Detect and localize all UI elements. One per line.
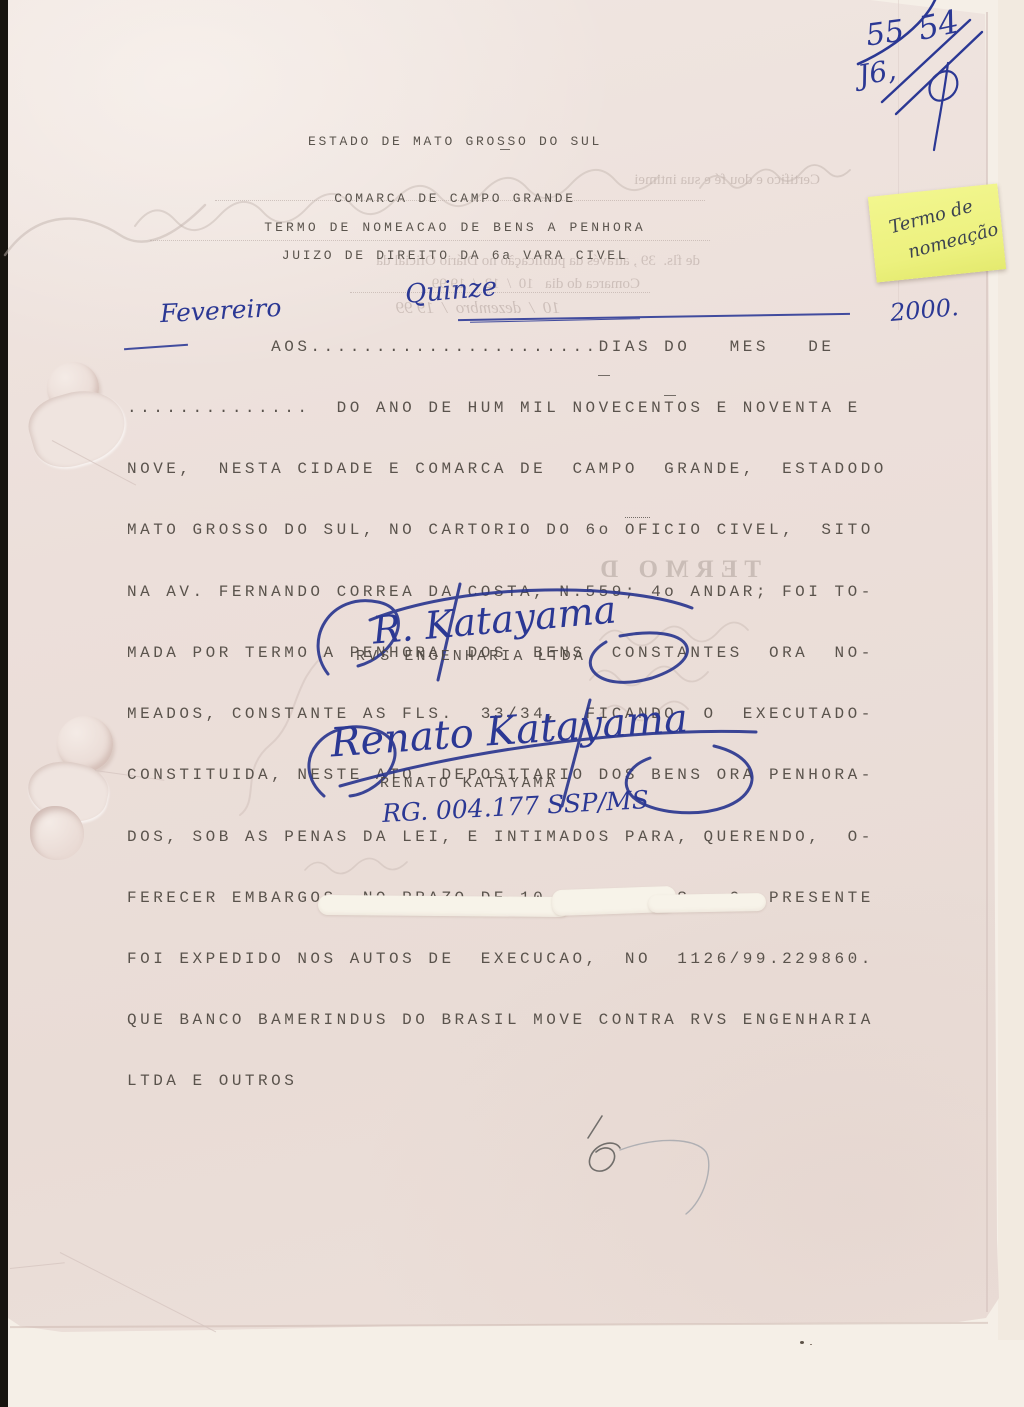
typed-name-renato: RENATO KATAYAMA bbox=[380, 775, 557, 792]
ordinal-underline bbox=[664, 394, 676, 396]
handwritten-year: 2000. bbox=[889, 293, 960, 327]
page-header: ESTADO DE MATO GROSSO DO SUL COMARCA DE … bbox=[240, 94, 670, 303]
scanned-document: Certifico e dou fé e sua intimei de fls.… bbox=[0, 0, 1024, 1407]
whiteout-strip bbox=[318, 895, 570, 917]
body-line: NOVE, NESTA CIDADE E COMARCA DE CAMPO GR… bbox=[127, 459, 887, 479]
ordinal-underline bbox=[625, 516, 650, 518]
body-line: FOI EXPEDIDO NOS AUTOS DE EXECUCAO, NO 1… bbox=[127, 949, 887, 969]
typed-name-rvs: RVS ENGENHARIA LTDA bbox=[356, 648, 586, 665]
body-line: QUE BANCO BAMERINDUS DO BRASIL MOVE CONT… bbox=[127, 1010, 887, 1030]
ordinal-underline bbox=[598, 374, 610, 376]
body-line: .............. DO ANO DE HUM MIL NOVECEN… bbox=[127, 398, 887, 418]
whiteout-strip bbox=[648, 893, 766, 913]
ordinal-underline bbox=[500, 148, 510, 150]
punch-hole bbox=[30, 806, 84, 860]
header-line-juizo: JUIZO DE DIREITO DA 6a VARA CIVEL bbox=[240, 246, 670, 265]
body-line: AOS......................DIAS DO MES DE bbox=[127, 337, 887, 357]
header-line-comarca: COMARCA DE CAMPO GRANDE bbox=[240, 189, 670, 208]
body-line: LTDA E OUTROS bbox=[127, 1071, 887, 1091]
corner-pen-flourish bbox=[840, 0, 1024, 170]
pen-doodle bbox=[528, 1108, 728, 1238]
ink-speck bbox=[800, 1341, 804, 1344]
sticky-note: Termo de nomeação bbox=[868, 183, 1006, 282]
body-line: MATO GROSSO DO SUL, NO CARTORIO DO 6o OF… bbox=[127, 520, 887, 540]
header-line-estado: ESTADO DE MATO GROSSO DO SUL bbox=[240, 132, 670, 151]
document-title: TERMO DE NOMEACAO DE BENS A PENHORA bbox=[235, 220, 675, 235]
